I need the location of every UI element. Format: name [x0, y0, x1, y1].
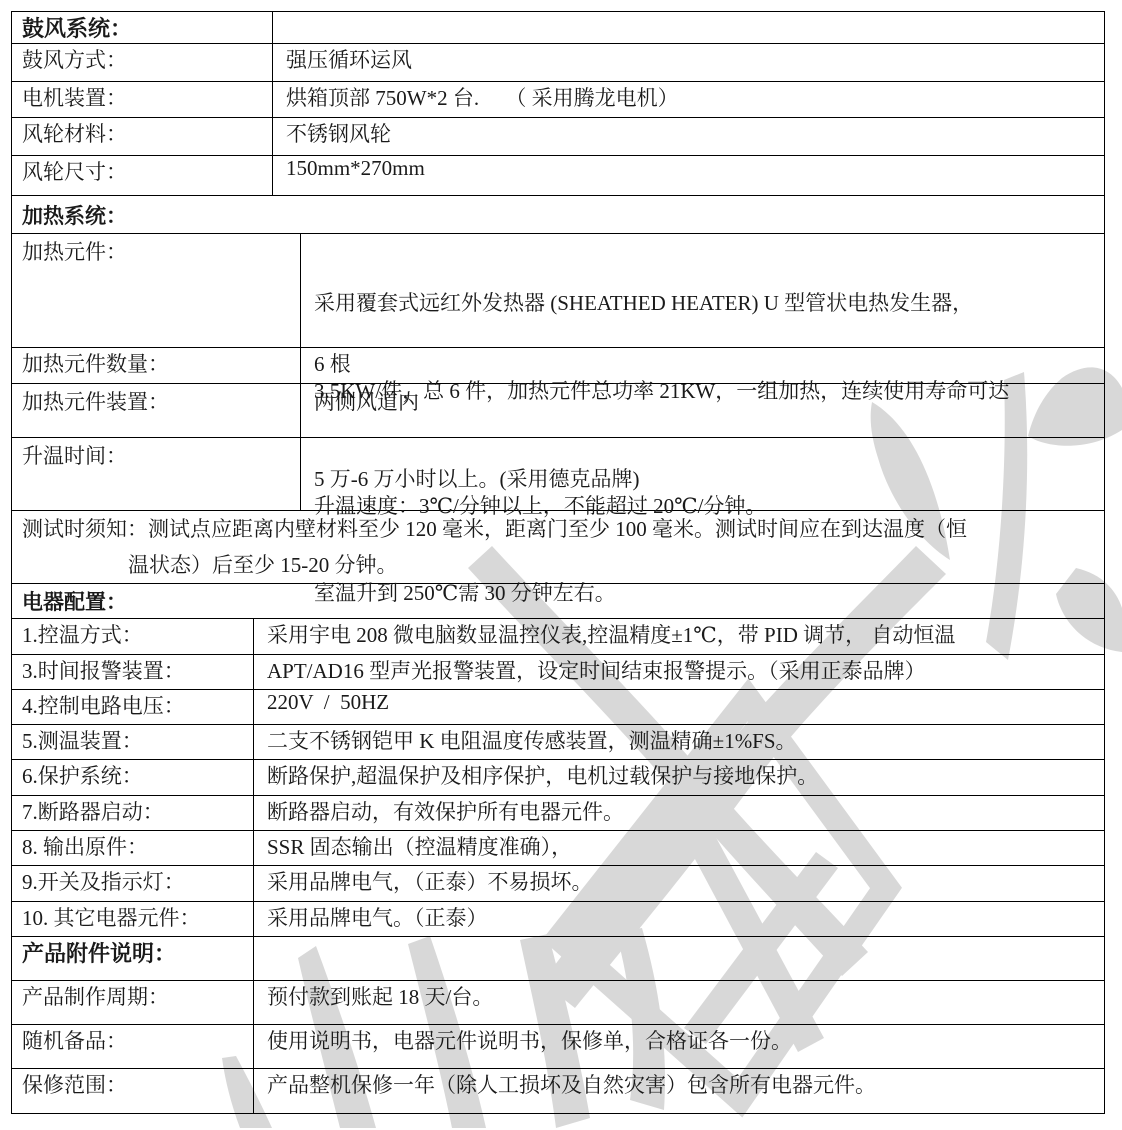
empty-cell	[254, 937, 1104, 980]
row-heating-element: 加热元件： 采用覆套式远红外发热器 (SHEATHED HEATER) U 型管…	[12, 234, 1104, 348]
row-spare-parts: 随机备品： 使用说明书，电器元件说明书，保修单，合格证各一份。	[12, 1025, 1104, 1069]
row-label: 随机备品：	[12, 1025, 254, 1068]
row-value: 强压循环运风	[273, 44, 1104, 81]
row-label: 保修范围：	[12, 1069, 254, 1113]
spec-table: 鼓风系统： 鼓风方式： 强压循环运风 电机装置： 烘箱顶部 750W*2 台. …	[11, 11, 1105, 1114]
row-other-electric: 10. 其它电器元件： 采用品牌电气。（正泰）	[12, 902, 1104, 937]
row-value: 烘箱顶部 750W*2 台. （ 采用腾龙电机）	[273, 82, 1104, 117]
row-label: 6.保护系统：	[12, 760, 254, 795]
row-heatup-time: 升温时间： 升温速度：3℃/分钟以上，不能超过 20℃/分钟。 室温升到 250…	[12, 438, 1104, 511]
row-value: APT/AD16 型声光报警装置，设定时间结束报警提示。（采用正泰品牌）	[254, 655, 1104, 689]
row-value: 两侧风道内	[301, 384, 1104, 437]
row-label: 10. 其它电器元件：	[12, 902, 254, 936]
row-label: 7.断路器启动：	[12, 796, 254, 830]
row-value: 预付款到账起 18 天/台。	[254, 981, 1104, 1024]
row-label: 升温时间：	[12, 438, 301, 510]
document-page: 鼓风系统： 鼓风方式： 强压循环运风 电机装置： 烘箱顶部 750W*2 台. …	[0, 0, 1122, 1130]
row-label: 加热元件数量：	[12, 348, 301, 383]
row-label: 8. 输出原件：	[12, 831, 254, 865]
section-header-electric: 电器配置：	[12, 584, 1104, 619]
row-value: 断路保护,超温保护及相序保护，电机过载保护与接地保护。	[254, 760, 1104, 795]
section-title: 加热系统：	[12, 200, 1104, 230]
row-breaker-start: 7.断路器启动： 断路器启动，有效保护所有电器元件。	[12, 796, 1104, 831]
row-value: 220V / 50HZ	[254, 690, 1104, 724]
row-motor: 电机装置： 烘箱顶部 750W*2 台. （ 采用腾龙电机）	[12, 82, 1104, 118]
row-temp-sensor: 5.测温装置： 二支不锈钢铠甲 K 电阻温度传感装置，测温精确±1%FS。	[12, 725, 1104, 760]
row-label: 1.控温方式：	[12, 619, 254, 654]
row-value: 6 根	[301, 348, 1104, 383]
row-value: 采用覆套式远红外发热器 (SHEATHED HEATER) U 型管状电热发生器…	[301, 234, 1104, 347]
row-warranty: 保修范围： 产品整机保修一年（除人工损坏及自然灾害）包含所有电器元件。	[12, 1069, 1104, 1113]
row-protection-system: 6.保护系统： 断路保护,超温保护及相序保护，电机过载保护与接地保护。	[12, 760, 1104, 796]
value-line: 采用覆套式远红外发热器 (SHEATHED HEATER) U 型管状电热发生器…	[314, 284, 1104, 322]
row-production-cycle: 产品制作周期： 预付款到账起 18 天/台。	[12, 981, 1104, 1025]
row-impeller-size: 风轮尺寸： 150mm*270mm	[12, 156, 1104, 196]
row-element-placement: 加热元件装置： 两侧风道内	[12, 384, 1104, 438]
row-label: 9.开关及指示灯：	[12, 866, 254, 901]
row-label: 风轮尺寸：	[12, 156, 273, 195]
section-header-blower: 鼓风系统：	[12, 12, 1104, 44]
row-output-element: 8. 输出原件： SSR 固态输出（控温精度准确），	[12, 831, 1104, 866]
row-impeller-material: 风轮材料： 不锈钢风轮	[12, 118, 1104, 156]
row-test-notice: 测试时须知：测试点应距离内壁材料至少 120 毫米，距离门至少 100 毫米。测…	[12, 511, 1104, 584]
row-temp-control: 1.控温方式： 采用宇电 208 微电脑数显温控仪表,控温精度±1℃，带 PID…	[12, 619, 1104, 655]
row-label: 风轮材料：	[12, 118, 273, 155]
row-value: 使用说明书，电器元件说明书，保修单，合格证各一份。	[254, 1025, 1104, 1068]
row-label: 4.控制电路电压：	[12, 690, 254, 724]
section-title: 产品附件说明：	[12, 937, 254, 980]
section-title: 电器配置：	[12, 586, 1104, 616]
row-value: 采用品牌电气，（正泰）不易损坏。	[254, 866, 1104, 901]
row-label: 加热元件：	[12, 234, 301, 347]
row-label: 鼓风方式：	[12, 44, 273, 81]
row-value: 产品整机保修一年（除人工损坏及自然灾害）包含所有电器元件。	[254, 1069, 1104, 1113]
row-element-count: 加热元件数量： 6 根	[12, 348, 1104, 384]
row-timer-alarm: 3.时间报警装置： APT/AD16 型声光报警装置，设定时间结束报警提示。（采…	[12, 655, 1104, 690]
row-value: 150mm*270mm	[273, 156, 1104, 195]
row-label: 3.时间报警装置：	[12, 655, 254, 689]
row-control-voltage: 4.控制电路电压： 220V / 50HZ	[12, 690, 1104, 725]
row-value: 采用宇电 208 微电脑数显温控仪表,控温精度±1℃，带 PID 调节， 自动恒…	[254, 619, 1104, 654]
note-text: 测试时须知：测试点应距离内壁材料至少 120 毫米，距离门至少 100 毫米。测…	[12, 511, 1104, 583]
row-label: 5.测温装置：	[12, 725, 254, 759]
row-label: 产品制作周期：	[12, 981, 254, 1024]
row-value: 断路器启动，有效保护所有电器元件。	[254, 796, 1104, 830]
row-value: 二支不锈钢铠甲 K 电阻温度传感装置，测温精确±1%FS。	[254, 725, 1104, 759]
section-header-heating: 加热系统：	[12, 196, 1104, 234]
section-header-accessories: 产品附件说明：	[12, 937, 1104, 981]
row-blower-mode: 鼓风方式： 强压循环运风	[12, 44, 1104, 82]
section-title: 鼓风系统：	[12, 12, 273, 43]
row-label: 加热元件装置：	[12, 384, 301, 437]
row-value: 升温速度：3℃/分钟以上，不能超过 20℃/分钟。 室温升到 250℃需 30 …	[301, 438, 1104, 510]
note-line: 测试时须知：测试点应距离内壁材料至少 120 毫米，距离门至少 100 毫米。测…	[22, 511, 1104, 547]
empty-cell	[273, 12, 1104, 43]
row-value: SSR 固态输出（控温精度准确），	[254, 831, 1104, 865]
row-label: 电机装置：	[12, 82, 273, 117]
row-value: 不锈钢风轮	[273, 118, 1104, 155]
row-switch-indicator: 9.开关及指示灯： 采用品牌电气，（正泰）不易损坏。	[12, 866, 1104, 902]
row-value: 采用品牌电气。（正泰）	[254, 902, 1104, 936]
note-line: 温状态）后至少 15-20 分钟。	[128, 547, 1104, 583]
